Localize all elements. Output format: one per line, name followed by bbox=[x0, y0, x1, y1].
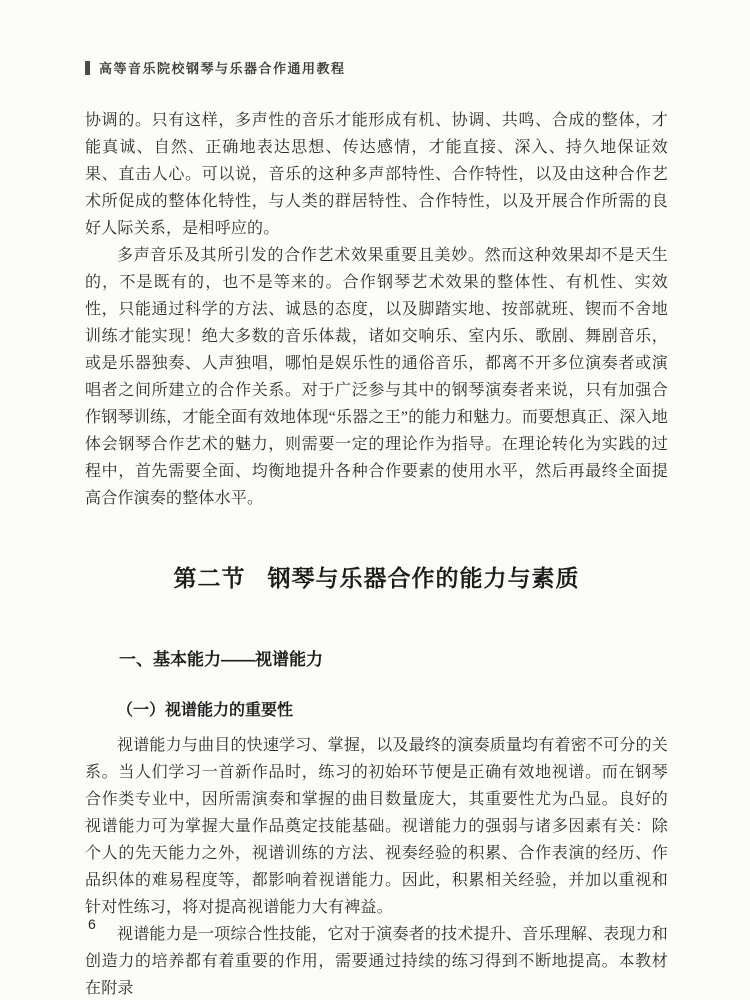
section-number: 第二节 bbox=[174, 565, 246, 591]
book-page: 高等音乐院校钢琴与乐器合作通用教程 协调的。只有这样，多声性的音乐才能形成有机、… bbox=[0, 0, 750, 1000]
section-title: 钢琴与乐器合作的能力与素质 bbox=[268, 565, 580, 591]
page-number: 6 bbox=[88, 916, 96, 932]
running-header: 高等音乐院校钢琴与乐器合作通用教程 bbox=[85, 58, 668, 77]
subheading-level-1: 一、基本能力——视谱能力 bbox=[85, 645, 668, 670]
subheading-level-2: （一）视谱能力的重要性 bbox=[85, 697, 668, 720]
paragraph: 多声音乐及其所引发的合作艺术效果重要且美妙。然而这种效果却不是天生的，不是既有的… bbox=[85, 242, 668, 512]
page-content: 高等音乐院校钢琴与乐器合作通用教程 协调的。只有这样，多声性的音乐才能形成有机、… bbox=[85, 58, 668, 1000]
paragraph: 视谱能力是一项综合性技能，它对于演奏者的技术提升、音乐理解、表现力和创造力的培养… bbox=[85, 921, 668, 1000]
header-marker-bar bbox=[85, 61, 90, 75]
paragraph-continuation: 协调的。只有这样，多声性的音乐才能形成有机、协调、共鸣、合成的整体，才能真诚、自… bbox=[85, 107, 668, 242]
running-header-title: 高等音乐院校钢琴与乐器合作通用教程 bbox=[99, 58, 346, 77]
paragraph: 视谱能力与曲目的快速学习、掌握，以及最终的演奏质量均有着密不可分的关系。当人们学… bbox=[85, 732, 668, 921]
section-heading: 第二节钢琴与乐器合作的能力与素质 bbox=[85, 560, 668, 593]
